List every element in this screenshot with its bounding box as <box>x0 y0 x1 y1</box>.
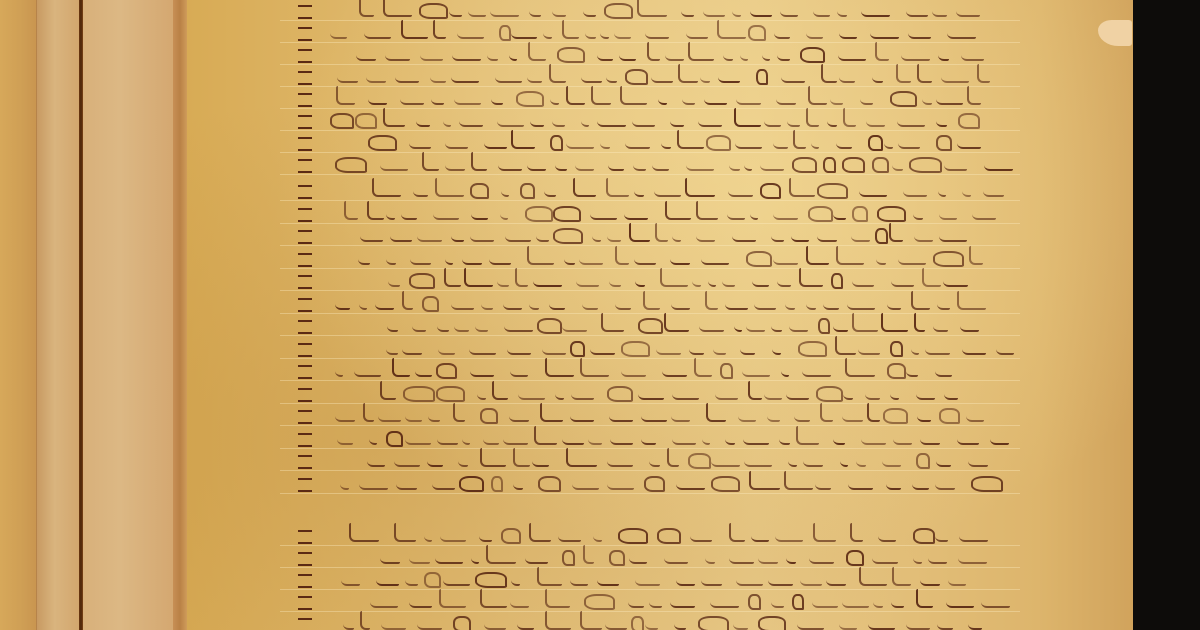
ink-stroke <box>756 69 768 85</box>
ink-stroke <box>557 47 585 63</box>
ink-stroke <box>529 3 541 17</box>
ink-stroke <box>815 476 831 490</box>
ink-stroke <box>409 594 432 608</box>
ink-stroke <box>789 178 815 197</box>
ink-stroke <box>806 25 823 39</box>
ink-stroke <box>670 251 690 265</box>
ink-stroke <box>909 157 942 173</box>
ink-stroke <box>826 572 846 586</box>
ink-stroke <box>740 341 755 355</box>
ink-stroke <box>615 296 631 310</box>
ink-stroke <box>743 431 769 445</box>
ink-stroke <box>936 453 951 467</box>
ink-stroke <box>435 178 464 197</box>
ink-stroke <box>887 363 906 379</box>
ink-stroke <box>768 572 793 586</box>
ink-stroke <box>566 448 597 467</box>
margin-mark <box>298 552 312 566</box>
ink-stroke <box>545 589 570 608</box>
margin-mark <box>298 596 312 610</box>
ink-stroke <box>936 91 963 105</box>
ink-stroke <box>503 296 522 310</box>
ink-stroke <box>376 572 399 586</box>
ink-stroke <box>908 25 931 39</box>
ink-stroke <box>672 386 699 400</box>
margin-mark <box>298 530 312 544</box>
ink-stroke <box>771 318 782 332</box>
ink-stroke <box>779 431 790 445</box>
ink-stroke <box>515 268 528 287</box>
ruling-line <box>280 589 1020 590</box>
ink-stroke <box>419 3 448 19</box>
ink-stroke <box>468 3 486 17</box>
ink-stroke <box>886 476 901 490</box>
ink-stroke <box>436 363 457 379</box>
ink-stroke <box>751 528 769 542</box>
ink-stroke <box>957 291 986 310</box>
ink-stroke <box>597 572 619 586</box>
ink-stroke <box>916 386 935 400</box>
ink-stroke <box>836 246 864 265</box>
ink-stroke <box>956 3 980 17</box>
ink-stroke <box>410 251 431 265</box>
ink-stroke <box>552 113 565 127</box>
margin-mark <box>298 320 312 334</box>
ink-stroke <box>823 157 836 173</box>
ink-stroke <box>674 616 686 630</box>
ink-stroke <box>405 572 418 586</box>
ink-stroke <box>375 296 394 310</box>
ink-stroke <box>380 157 408 171</box>
ink-stroke <box>600 25 609 39</box>
ink-stroke <box>694 358 712 377</box>
ink-stroke <box>498 157 522 171</box>
ink-stroke <box>619 47 636 61</box>
ink-stroke <box>400 91 424 105</box>
ink-stroke <box>672 431 696 445</box>
ink-stroke <box>847 296 875 310</box>
ink-stroke <box>748 381 762 400</box>
ink-stroke <box>937 616 953 630</box>
ink-stroke <box>364 25 391 39</box>
ink-stroke <box>385 47 410 61</box>
ink-stroke <box>811 135 819 149</box>
ruling-line <box>280 245 1020 246</box>
ink-stroke <box>422 152 439 171</box>
ink-stroke <box>378 408 401 422</box>
ink-stroke <box>981 594 1010 608</box>
ink-stroke <box>576 273 599 287</box>
ink-stroke <box>816 386 843 402</box>
ink-stroke <box>936 135 952 151</box>
ink-stroke <box>499 25 511 41</box>
ink-stroke <box>555 386 564 400</box>
ink-stroke <box>856 453 866 467</box>
margin-mark <box>298 5 312 19</box>
ink-stroke <box>962 183 971 197</box>
ink-stroke <box>682 91 695 105</box>
ink-stroke <box>641 408 667 422</box>
ink-stroke <box>409 273 435 289</box>
ink-stroke <box>651 69 673 83</box>
ink-stroke <box>471 152 487 171</box>
ink-stroke <box>480 589 507 608</box>
ink-stroke <box>471 550 479 564</box>
ink-stroke <box>764 113 781 127</box>
ink-stroke <box>658 91 667 105</box>
ink-stroke <box>962 341 986 355</box>
ink-stroke <box>700 69 710 83</box>
ink-stroke <box>359 0 374 17</box>
ink-stroke <box>800 47 825 63</box>
ink-stroke <box>629 223 650 242</box>
ink-stroke <box>634 183 644 197</box>
ink-stroke <box>859 183 887 197</box>
ink-stroke <box>752 273 769 287</box>
ruling-line <box>280 425 1020 426</box>
ink-stroke <box>343 616 354 630</box>
ink-stroke <box>875 42 889 61</box>
ink-stroke <box>503 431 528 445</box>
ink-stroke <box>664 550 688 564</box>
ink-stroke <box>422 296 439 312</box>
ink-stroke <box>758 550 778 564</box>
ink-stroke <box>597 47 613 61</box>
ink-stroke <box>896 64 911 83</box>
ink-stroke <box>633 157 646 171</box>
ink-stroke <box>977 64 990 83</box>
ink-stroke <box>497 113 524 127</box>
ink-stroke <box>625 69 648 85</box>
ink-stroke <box>762 47 770 61</box>
ink-stroke <box>729 157 740 171</box>
ink-stroke <box>845 358 875 377</box>
ruling-line <box>280 493 1020 494</box>
ink-stroke <box>537 318 562 334</box>
ink-stroke <box>631 616 644 630</box>
ink-stroke <box>681 3 694 17</box>
ink-stroke <box>606 69 617 83</box>
ink-stroke <box>890 91 917 107</box>
ink-stroke <box>701 251 729 265</box>
ink-stroke <box>933 318 948 332</box>
ink-stroke <box>600 135 610 149</box>
ink-stroke <box>935 363 952 377</box>
ink-stroke <box>827 113 837 127</box>
ink-stroke <box>685 178 715 197</box>
ink-stroke <box>891 273 914 287</box>
ink-stroke <box>843 386 853 400</box>
ink-stroke <box>786 550 796 564</box>
ink-stroke <box>917 64 932 83</box>
ink-stroke <box>641 431 656 445</box>
ink-stroke <box>729 523 745 542</box>
ink-stroke <box>840 453 848 467</box>
margin-mark <box>298 49 312 63</box>
ink-stroke <box>939 408 960 424</box>
ink-stroke <box>495 69 522 83</box>
ink-stroke <box>939 228 967 242</box>
ink-stroke <box>938 47 949 61</box>
ink-stroke <box>865 386 880 400</box>
ink-stroke <box>490 3 519 17</box>
ink-stroke <box>750 3 772 17</box>
ink-stroke <box>922 91 932 105</box>
ink-stroke <box>363 403 374 422</box>
ink-stroke <box>424 528 432 542</box>
ink-stroke <box>621 363 646 377</box>
ink-stroke <box>670 113 684 127</box>
margin-mark <box>298 574 312 588</box>
ink-stroke <box>897 113 925 127</box>
ink-stroke <box>566 135 594 149</box>
ink-stroke <box>806 296 816 310</box>
ink-stroke <box>431 91 444 105</box>
ink-stroke <box>330 113 354 129</box>
ink-stroke <box>480 448 506 467</box>
margin-mark <box>298 27 312 41</box>
ink-stroke <box>445 157 465 171</box>
ink-stroke <box>833 431 845 445</box>
ink-stroke <box>536 228 549 242</box>
ruling-line <box>280 130 1020 131</box>
ink-stroke <box>748 594 761 610</box>
ink-stroke <box>453 616 471 630</box>
dark-background <box>1133 0 1200 630</box>
ink-stroke <box>705 550 715 564</box>
ink-stroke <box>688 42 714 61</box>
ink-stroke <box>591 86 611 105</box>
ink-stroke <box>520 183 535 199</box>
ink-stroke <box>491 91 503 105</box>
ink-stroke <box>405 408 422 422</box>
ink-stroke <box>861 431 886 445</box>
ink-stroke <box>785 296 795 310</box>
ink-stroke <box>928 550 947 564</box>
margin-mark <box>298 410 312 424</box>
ink-stroke <box>821 64 837 83</box>
ink-stroke <box>781 363 789 377</box>
margin-mark <box>298 275 312 289</box>
ink-stroke <box>372 178 401 197</box>
ink-stroke <box>462 251 482 265</box>
ruling-line <box>280 223 1020 224</box>
ink-stroke <box>843 108 856 127</box>
ink-stroke <box>632 113 655 127</box>
ink-stroke <box>732 3 741 17</box>
ink-stroke <box>530 113 544 127</box>
ink-stroke <box>395 69 419 83</box>
ruling-line <box>280 611 1020 612</box>
ink-stroke <box>471 206 488 220</box>
ink-stroke <box>415 363 432 377</box>
ink-stroke <box>692 273 701 287</box>
ink-stroke <box>959 528 988 542</box>
ink-stroke <box>356 47 376 61</box>
ink-stroke <box>388 273 400 287</box>
ink-stroke <box>516 91 544 107</box>
ink-stroke <box>510 363 528 377</box>
ink-stroke <box>703 3 725 17</box>
ink-stroke <box>842 408 863 422</box>
ink-stroke <box>608 157 624 171</box>
ruling-line <box>280 152 1020 153</box>
ink-stroke <box>833 318 848 332</box>
ink-stroke <box>454 91 481 105</box>
ink-stroke <box>470 228 494 242</box>
ink-stroke <box>368 135 397 151</box>
ink-stroke <box>409 135 431 149</box>
ink-stroke <box>402 291 413 310</box>
ink-stroke <box>609 550 625 566</box>
ink-stroke <box>808 86 827 105</box>
margin-mark <box>298 253 312 267</box>
ink-stroke <box>607 228 621 242</box>
ink-stroke <box>925 341 950 355</box>
guard-edge <box>173 0 187 630</box>
ink-stroke <box>437 318 449 332</box>
ruling-line <box>280 335 1020 336</box>
ink-stroke <box>386 431 403 447</box>
ink-stroke <box>913 528 935 544</box>
ink-stroke <box>758 616 786 630</box>
ink-stroke <box>344 201 358 220</box>
ink-stroke <box>386 206 395 220</box>
ink-stroke <box>624 206 648 220</box>
ruling-line <box>280 403 1020 404</box>
ink-stroke <box>394 453 420 467</box>
ink-stroke <box>355 113 377 129</box>
ink-stroke <box>872 69 883 83</box>
ink-stroke <box>775 528 803 542</box>
ink-stroke <box>890 341 903 357</box>
ink-stroke <box>911 341 919 355</box>
ink-stroke <box>733 616 748 630</box>
ink-stroke <box>708 273 716 287</box>
ink-stroke <box>906 3 928 17</box>
ink-stroke <box>341 572 360 586</box>
ink-stroke <box>571 386 594 400</box>
ink-stroke <box>898 251 926 265</box>
ink-stroke <box>740 47 748 61</box>
ink-stroke <box>544 183 556 197</box>
ink-stroke <box>402 341 422 355</box>
ink-stroke <box>798 341 827 357</box>
ink-stroke <box>706 135 731 151</box>
ink-stroke <box>464 268 493 287</box>
ink-stroke <box>479 528 492 542</box>
ink-stroke <box>424 572 441 588</box>
ink-stroke <box>354 363 381 377</box>
ink-stroke <box>881 313 908 332</box>
ink-stroke <box>846 550 864 566</box>
ink-stroke <box>686 157 714 171</box>
ink-stroke <box>606 178 629 197</box>
ink-stroke <box>797 616 824 630</box>
ink-stroke <box>947 25 976 39</box>
ink-stroke <box>718 69 740 83</box>
ink-stroke <box>475 318 488 332</box>
ink-stroke <box>852 313 878 332</box>
ink-stroke <box>427 453 443 467</box>
ink-stroke <box>628 594 644 608</box>
binding-strip <box>36 0 81 630</box>
ink-stroke <box>686 25 708 39</box>
ink-stroke <box>609 408 633 422</box>
ink-stroke <box>861 3 890 17</box>
ink-stroke <box>710 594 739 608</box>
ink-stroke <box>722 273 735 287</box>
ink-stroke <box>417 616 442 630</box>
ink-stroke <box>370 594 398 608</box>
ink-stroke <box>570 408 594 422</box>
ink-stroke <box>698 616 729 630</box>
ink-stroke <box>911 291 930 310</box>
ink-stroke <box>848 476 873 490</box>
ink-stroke <box>451 69 479 83</box>
ink-stroke <box>386 341 398 355</box>
ink-stroke <box>575 157 594 171</box>
ink-stroke <box>610 431 633 445</box>
ink-stroke <box>433 206 459 220</box>
ink-stroke <box>405 431 431 445</box>
ink-stroke <box>528 42 546 61</box>
ink-stroke <box>800 572 822 586</box>
ink-stroke <box>335 363 343 377</box>
ink-stroke <box>873 594 883 608</box>
ink-stroke <box>458 453 468 467</box>
ink-stroke <box>661 135 671 149</box>
margin-mark <box>298 343 312 357</box>
ink-stroke <box>534 426 557 445</box>
ink-stroke <box>711 453 740 467</box>
ink-stroke <box>657 528 681 544</box>
ink-stroke <box>732 228 756 242</box>
ink-stroke <box>545 358 574 377</box>
ink-stroke <box>750 206 758 220</box>
ink-stroke <box>637 0 667 17</box>
ink-stroke <box>649 453 660 467</box>
ink-stroke <box>734 318 742 332</box>
ink-stroke <box>912 476 929 490</box>
ink-stroke <box>917 408 931 422</box>
ink-stroke <box>670 594 695 608</box>
ink-stroke <box>487 47 498 61</box>
margin-mark <box>298 208 312 222</box>
ink-stroke <box>592 228 601 242</box>
ruling-line <box>280 545 1020 546</box>
ink-stroke <box>792 157 817 173</box>
ink-stroke <box>583 545 594 564</box>
ink-stroke <box>764 386 782 400</box>
ruling-line <box>280 470 1020 471</box>
ink-stroke <box>690 528 712 542</box>
ink-stroke <box>837 3 847 17</box>
ink-stroke <box>390 228 412 242</box>
ink-stroke <box>652 157 669 171</box>
ink-stroke <box>387 318 398 332</box>
ink-stroke <box>913 550 922 564</box>
ink-stroke <box>484 135 507 149</box>
ink-stroke <box>532 453 549 467</box>
ink-stroke <box>760 157 784 171</box>
ink-stroke <box>920 572 940 586</box>
ink-stroke <box>585 25 596 39</box>
ink-stroke <box>562 431 584 445</box>
ink-stroke <box>889 223 903 242</box>
ink-stroke <box>838 47 866 61</box>
ink-stroke <box>500 206 508 220</box>
